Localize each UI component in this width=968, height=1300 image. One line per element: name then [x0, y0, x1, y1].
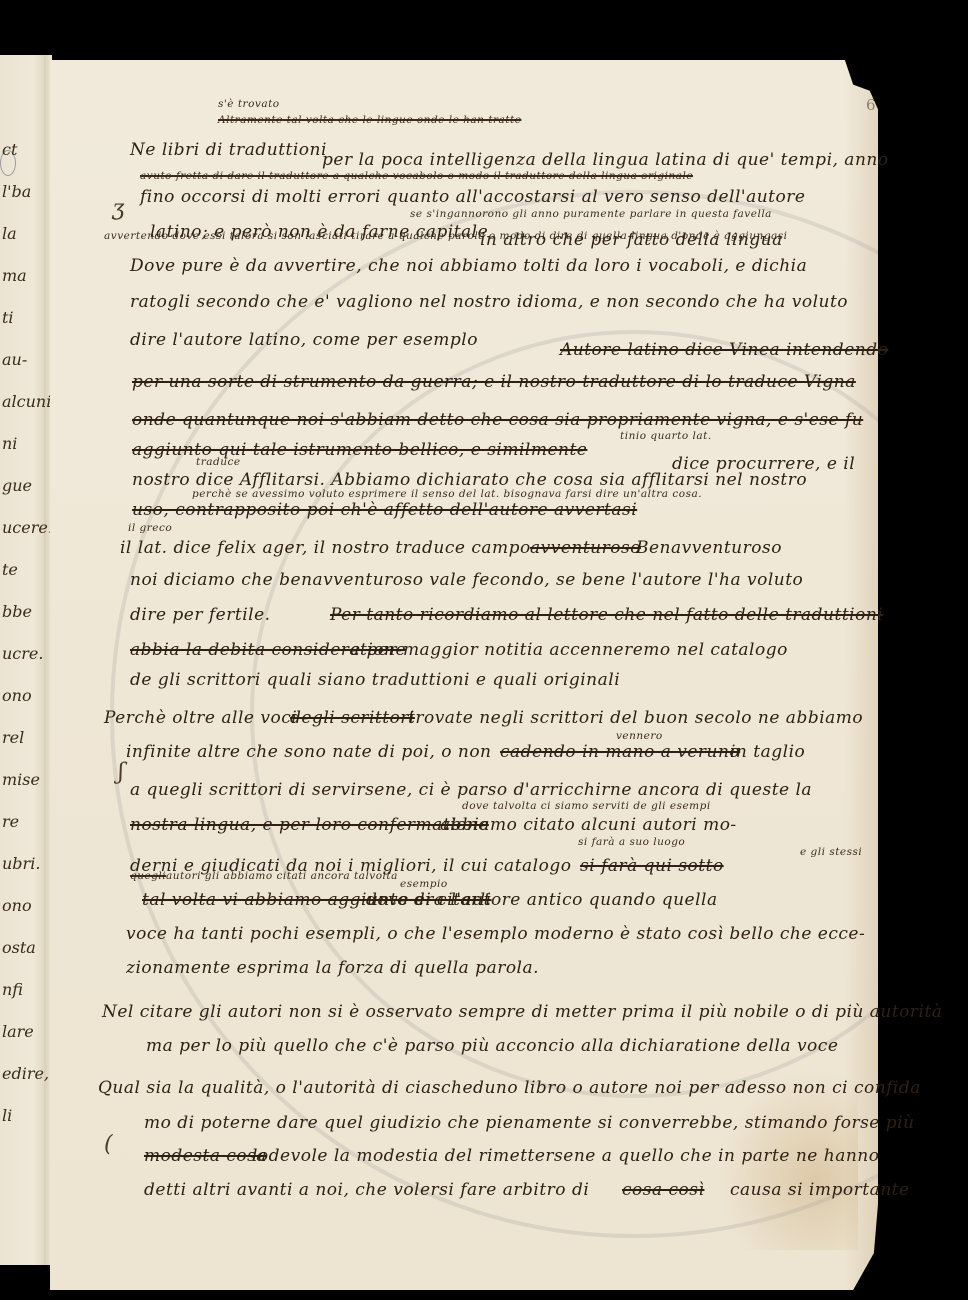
left-page-fragment: osta	[2, 938, 36, 957]
left-page-fragment: ct	[2, 140, 17, 159]
manuscript-line: fino occorsi di molti errori quanto all'…	[140, 187, 805, 207]
manuscript-line: Dove pure è da avvertire, che noi abbiam…	[130, 256, 807, 276]
manuscript-line: e per maggior notitia accenneremo nel ca…	[350, 640, 788, 660]
manuscript-line: a quegli scrittori di servirsene, ci è p…	[130, 780, 812, 800]
manuscript-line: uso, contrapposito poi ch'è affetto dell…	[132, 500, 637, 520]
manuscript-line: de gli scrittori quali siano traduttioni…	[130, 670, 620, 690]
manuscript-line: quegli	[130, 870, 166, 882]
manuscript-line: in taglio	[730, 742, 805, 762]
manuscript-line: trovate negli scrittori del buon secolo …	[408, 708, 863, 728]
manuscript-line: s'è trovato	[218, 98, 280, 110]
left-page-fragment: ti	[2, 308, 14, 327]
manuscript-line: dire l'autore latino, come per esemplo	[130, 330, 478, 350]
manuscript-line: avventuroso	[530, 538, 641, 558]
manuscript-line: detti altri avanti a noi, che volersi fa…	[144, 1180, 589, 1200]
margin-mark: ʃ	[118, 760, 124, 785]
manuscript-line: e gli stessi	[800, 846, 862, 858]
manuscript-line: Qual sia la qualità, o l'autorità di cia…	[98, 1078, 921, 1098]
manuscript-line: vennero	[616, 730, 663, 742]
manuscript-line: perchè se avessimo voluto esprimere il s…	[192, 488, 702, 500]
manuscript-line: nostro dice Afflitarsi. Abbiamo dichiara…	[132, 470, 807, 490]
left-page-fragment: te	[2, 560, 18, 579]
manuscript-line: cadendo in mano a veruno	[500, 742, 740, 762]
manuscript-line: nostra lingua, e per loro confermatione	[130, 815, 489, 835]
manuscript-line: dire per fertile.	[130, 605, 271, 625]
manuscript-line: Benavventuroso	[636, 538, 782, 558]
manuscript-line: ratogli secondo che e' vagliono nel nost…	[130, 292, 848, 312]
manuscript-line: ma per lo più quello che c'è parso più a…	[146, 1036, 838, 1056]
manuscript-line: il lat. dice felix ager, il nostro tradu…	[120, 538, 531, 558]
margin-mark: ʒ	[112, 196, 124, 221]
left-page-fragment: ma	[2, 266, 27, 285]
manuscript-line: dove talvolta ci siamo serviti de gli es…	[462, 800, 711, 812]
left-page-fragment: ucere.	[2, 518, 53, 537]
manuscript-line: modesta cosa	[144, 1146, 267, 1166]
left-page-fragment: mise	[2, 770, 40, 789]
manuscript-line: Autore latino dice Vinea intendendo	[560, 340, 888, 360]
manuscript-line: traduce	[196, 456, 241, 468]
manuscript-line: autori gli abbiamo citati ancora talvolt…	[166, 870, 398, 882]
manuscript-line: il greco	[128, 522, 172, 534]
left-page-fragment: nfi	[2, 980, 23, 999]
manuscript-line: si farà a suo luogo	[578, 836, 685, 848]
manuscript-line: abbiamo citato alcuni autori mo-	[440, 815, 737, 835]
manuscript-line: Altramente tal volta che le lingue onde …	[218, 114, 521, 126]
manuscript-line: si farà qui sotto	[580, 856, 724, 876]
manuscript-line: Nel citare gli autori non si è osservato…	[102, 1002, 942, 1022]
left-page-fragment: ono	[2, 896, 32, 915]
left-page-fragment: ono	[2, 686, 32, 705]
left-page-fragment: rel	[2, 728, 24, 747]
manuscript-line: Per tanto ricordiamo al lettore che nel …	[330, 605, 883, 625]
manuscript-line: esempio	[400, 878, 448, 890]
manuscript-line: cosa così	[622, 1180, 704, 1200]
manuscript-line: tinio quarto lat.	[620, 430, 712, 442]
left-page-fragment: ni	[2, 434, 17, 453]
manuscript-line: causa si importante	[730, 1180, 910, 1200]
manuscript-line: lodevole la modestia del rimettersene a …	[252, 1146, 879, 1166]
left-page-fragment: au-	[2, 350, 27, 369]
left-page-fragment: la	[2, 224, 17, 243]
manuscript-line: onde quantunque noi s'abbiam detto che c…	[132, 410, 863, 430]
manuscript-line: zionamente esprima la forza di quella pa…	[126, 958, 539, 978]
left-page-fragment: lare	[2, 1022, 34, 1041]
manuscript-line: voce ha tanti pochi esempli, o che l'ese…	[126, 924, 865, 944]
manuscript-line: noi diciamo che benavventuroso vale feco…	[130, 570, 803, 590]
manuscript-line: avuto fretta di dare il traduttore a qua…	[140, 170, 693, 182]
manuscript-line: se s'ingannorono gli anno puramente parl…	[410, 208, 772, 220]
manuscript-line: degli scrittori	[290, 708, 415, 728]
left-page-fragment: alcuni	[2, 392, 51, 411]
left-page-fragment: gue	[2, 476, 32, 495]
left-page-fragment: ubri.	[2, 854, 40, 873]
manuscript-line: Ne libri di traduttioni	[130, 140, 327, 160]
manuscript-line: Perchè oltre alle voci	[104, 708, 297, 728]
left-page-fragment: l'ba	[2, 182, 31, 201]
folio-number: 6	[866, 96, 876, 114]
left-page-fragment: ucre.	[2, 644, 43, 663]
left-page-fragment: edire,	[2, 1064, 49, 1083]
manuscript-line: mo di poterne dare quel giudizio che pie…	[144, 1113, 915, 1133]
left-page-fragment: re	[2, 812, 19, 831]
manuscript-line: dove era l'autore antico quando quella	[366, 890, 718, 910]
left-page-fragment: bbe	[2, 602, 32, 621]
manuscript-line: avvertendo dove essi talora si son lasci…	[104, 230, 788, 242]
manuscript-line: infinite altre che sono nate di poi, o n…	[126, 742, 492, 762]
manuscript-line: per una sorte di strumento da guerra; e …	[132, 372, 856, 392]
left-page-fragment: li	[2, 1106, 12, 1125]
margin-mark: (	[104, 1132, 113, 1157]
manuscript-line: per la poca intelligenza della lingua la…	[322, 150, 889, 170]
